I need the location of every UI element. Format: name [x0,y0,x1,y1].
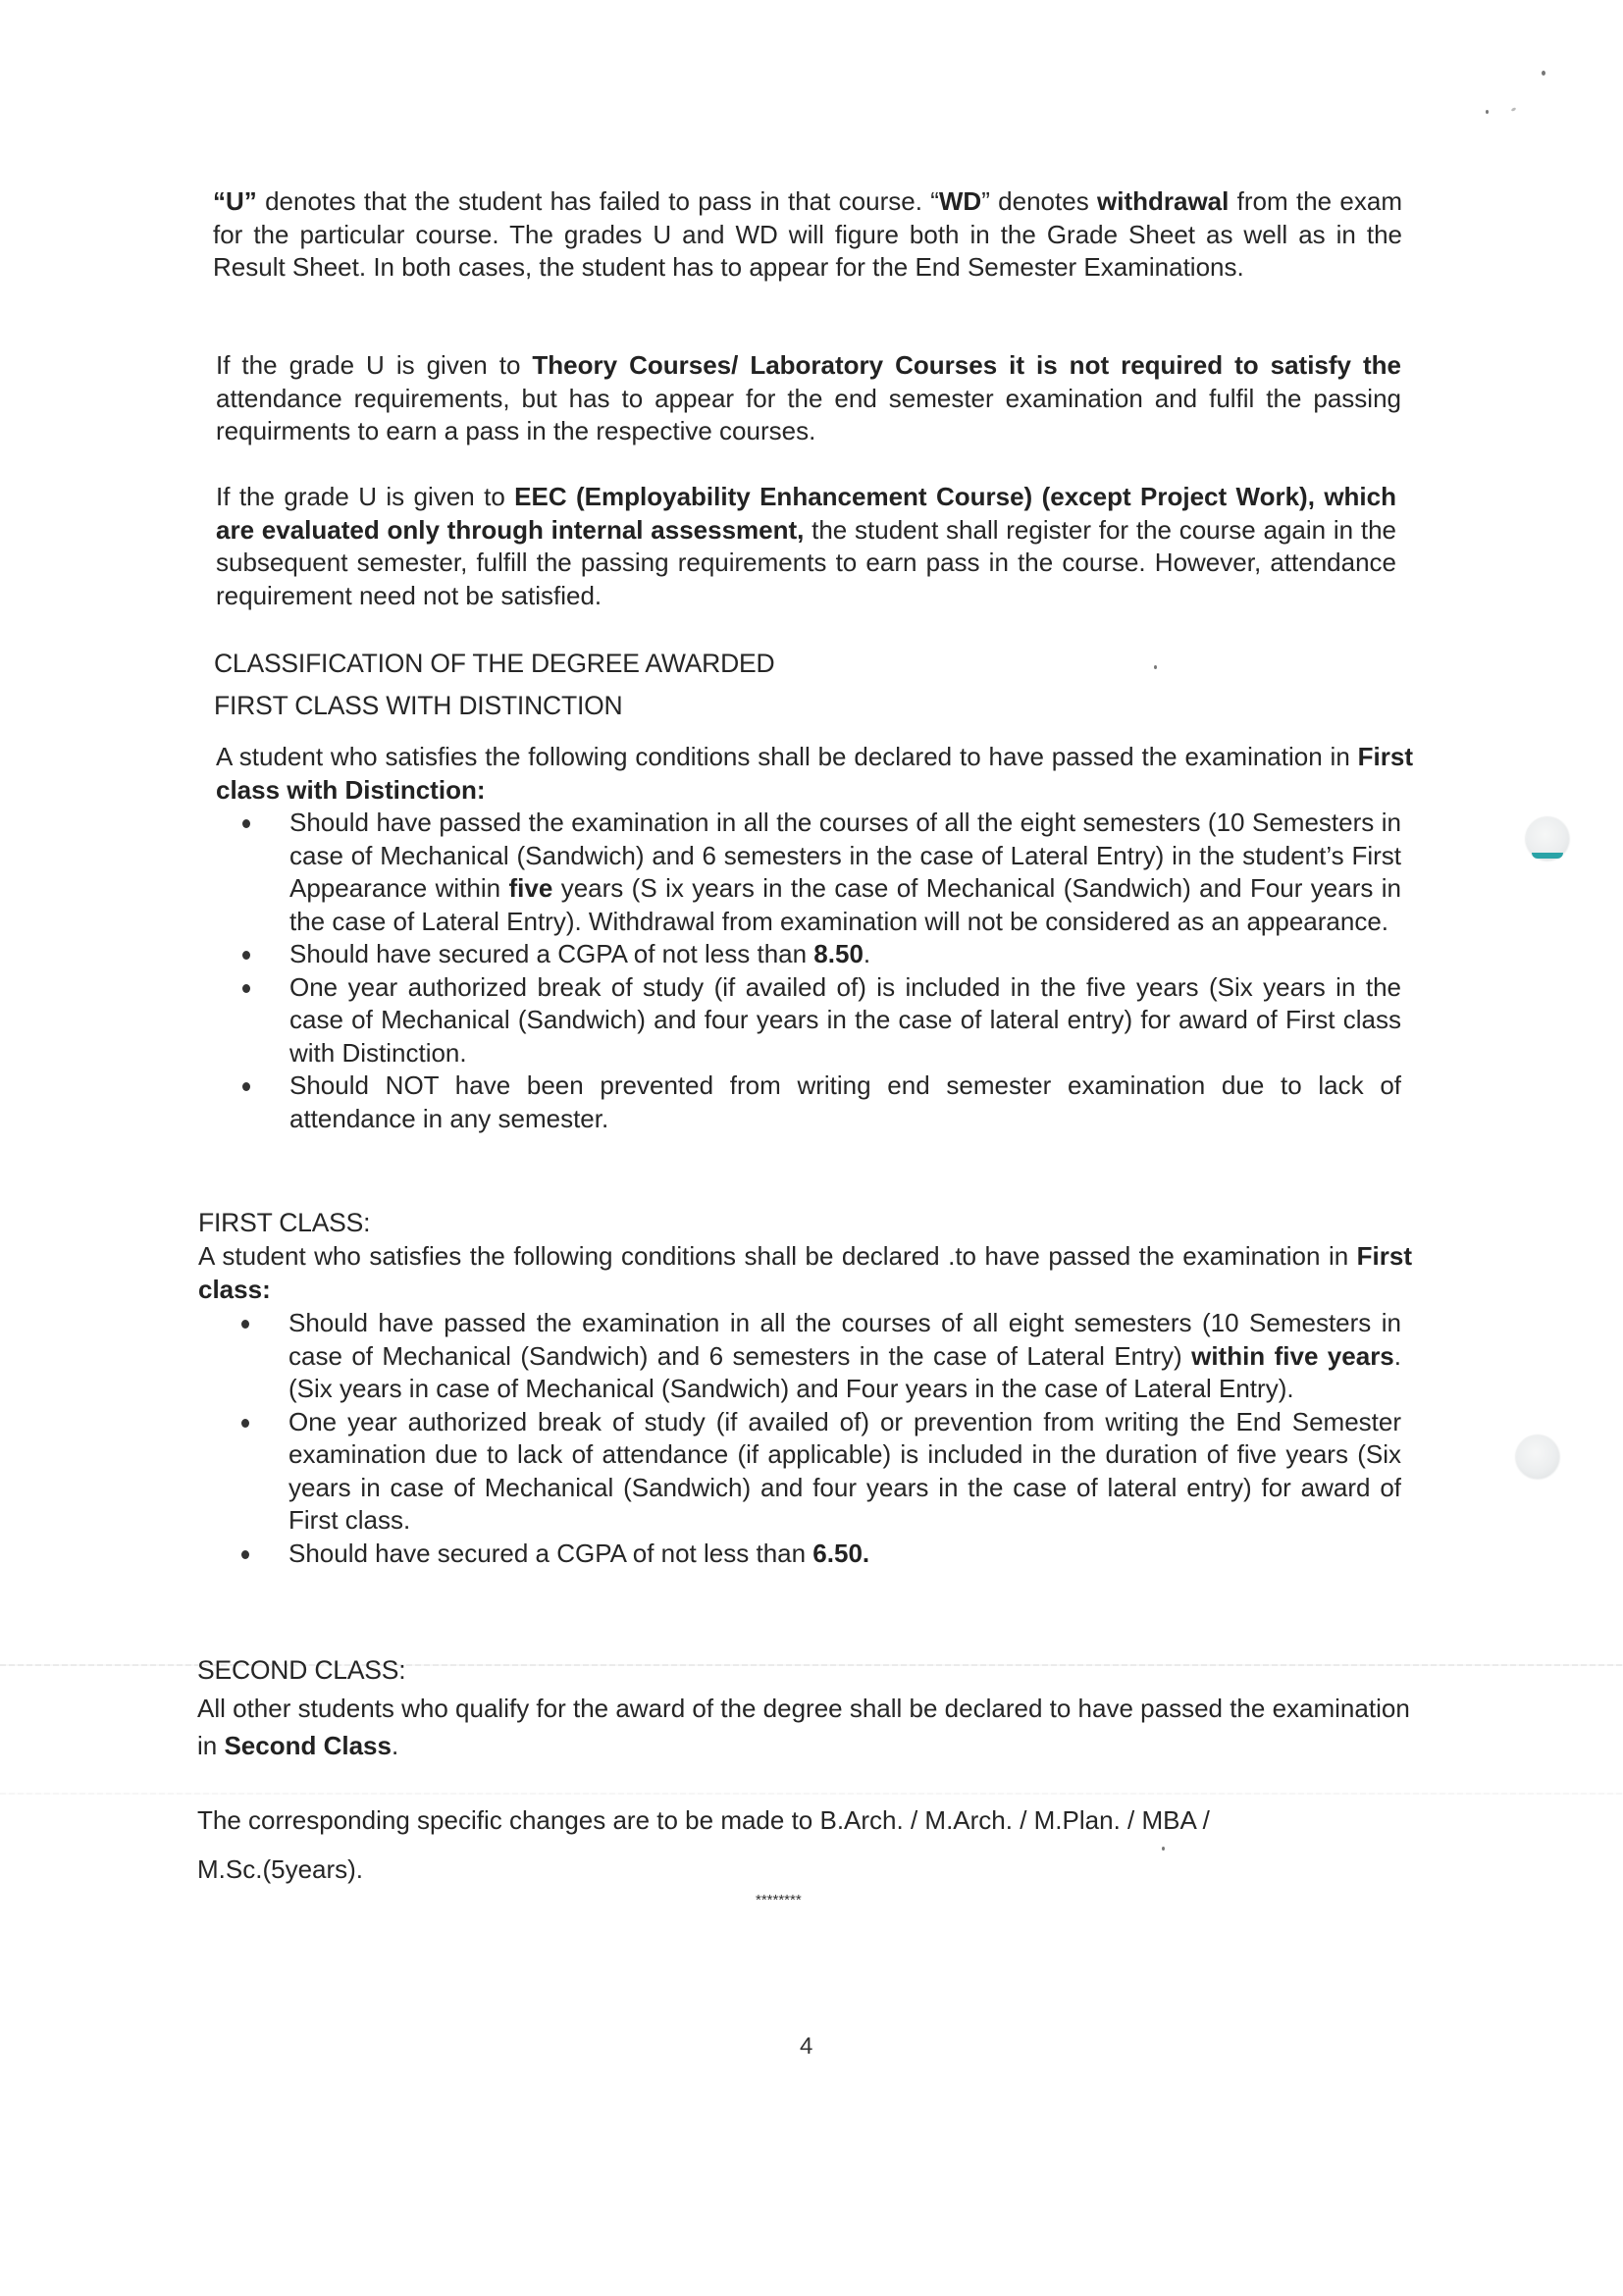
second-class-heading: SECOND CLASS: [197,1654,405,1687]
list-item: Should have passed the examination in al… [289,807,1401,938]
distinction-conditions-list: Should have passed the examination in al… [289,807,1401,1135]
bullet-icon [242,984,250,993]
scan-line-artifact [0,1793,1623,1795]
list-item: One year authorized break of study (if a… [289,971,1401,1070]
list-item: Should have passed the examination in al… [288,1307,1401,1406]
list-item-text: One year authorized break of study (if a… [288,1407,1401,1536]
list-item-text: Should have passed the examination in al… [288,1308,1401,1403]
bullet-icon [241,1419,249,1428]
first-class-conditions-list: Should have passed the examination in al… [288,1307,1401,1570]
list-item: Should NOT have been prevented from writ… [289,1070,1401,1135]
scan-speck [1542,71,1545,76]
page-number: 4 [800,2033,812,2061]
scan-speck [1511,107,1517,112]
second-class-body: All other students who qualify for the a… [197,1690,1414,1764]
closing-note: The corresponding specific changes are t… [197,1796,1434,1894]
closing-note-line2: M.Sc.(5years). [197,1854,363,1884]
first-class-heading: FIRST CLASS: [198,1207,370,1239]
closing-note-line1: The corresponding specific changes are t… [197,1805,1210,1835]
bullet-icon [242,1082,250,1091]
distinction-intro: A student who satisfies the following co… [216,741,1413,807]
punch-hole-icon [1516,1435,1559,1479]
list-item-text: Should NOT have been prevented from writ… [289,1070,1401,1133]
list-item-text: Should have passed the examination in al… [289,808,1401,936]
grade-u-theory-lab-paragraph: If the grade U is given to Theory Course… [216,349,1401,448]
list-item: Should have secured a CGPA of not less t… [289,938,1401,971]
grade-u-eec-paragraph: If the grade U is given to EEC (Employab… [216,481,1396,612]
list-item-text: Should have secured a CGPA of not less t… [289,939,870,968]
list-item-text: Should have secured a CGPA of not less t… [288,1539,869,1568]
grade-u-wd-paragraph: “U” denotes that the student has failed … [213,185,1402,285]
end-marker: ******** [756,1892,802,1908]
punch-hole-icon [1526,817,1569,861]
scan-speck [1486,110,1489,114]
list-item: Should have secured a CGPA of not less t… [288,1538,1401,1571]
bullet-icon [242,819,250,828]
bullet-icon [241,1320,249,1329]
scan-speck [1154,665,1157,669]
bullet-icon [242,951,250,960]
bullet-icon [241,1550,249,1559]
classification-heading: CLASSIFICATION OF THE DEGREE AWARDED [214,648,774,680]
list-item: One year authorized break of study (if a… [288,1406,1401,1538]
list-item-text: One year authorized break of study (if a… [289,972,1401,1068]
distinction-heading: FIRST CLASS WITH DISTINCTION [214,690,622,722]
first-class-intro: A student who satisfies the following co… [198,1240,1412,1306]
